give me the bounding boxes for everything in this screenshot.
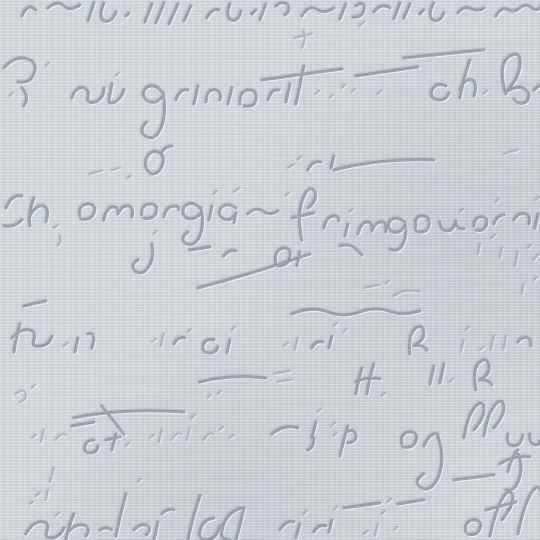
script-line-3	[90, 146, 518, 178]
script-line-bottom	[26, 479, 540, 540]
script-line-6	[12, 309, 531, 354]
script-line-5-fragments	[24, 231, 540, 306]
embossed-handwriting-texture	[0, 0, 540, 540]
script-line-2	[4, 50, 540, 138]
script-line-7	[16, 360, 492, 402]
handwriting-script-layer	[0, 0, 540, 540]
script-line-top-fragments	[22, 3, 540, 48]
script-line-9-fragments	[30, 450, 530, 508]
script-line-4-energia	[4, 188, 539, 250]
script-line-8	[32, 391, 540, 489]
